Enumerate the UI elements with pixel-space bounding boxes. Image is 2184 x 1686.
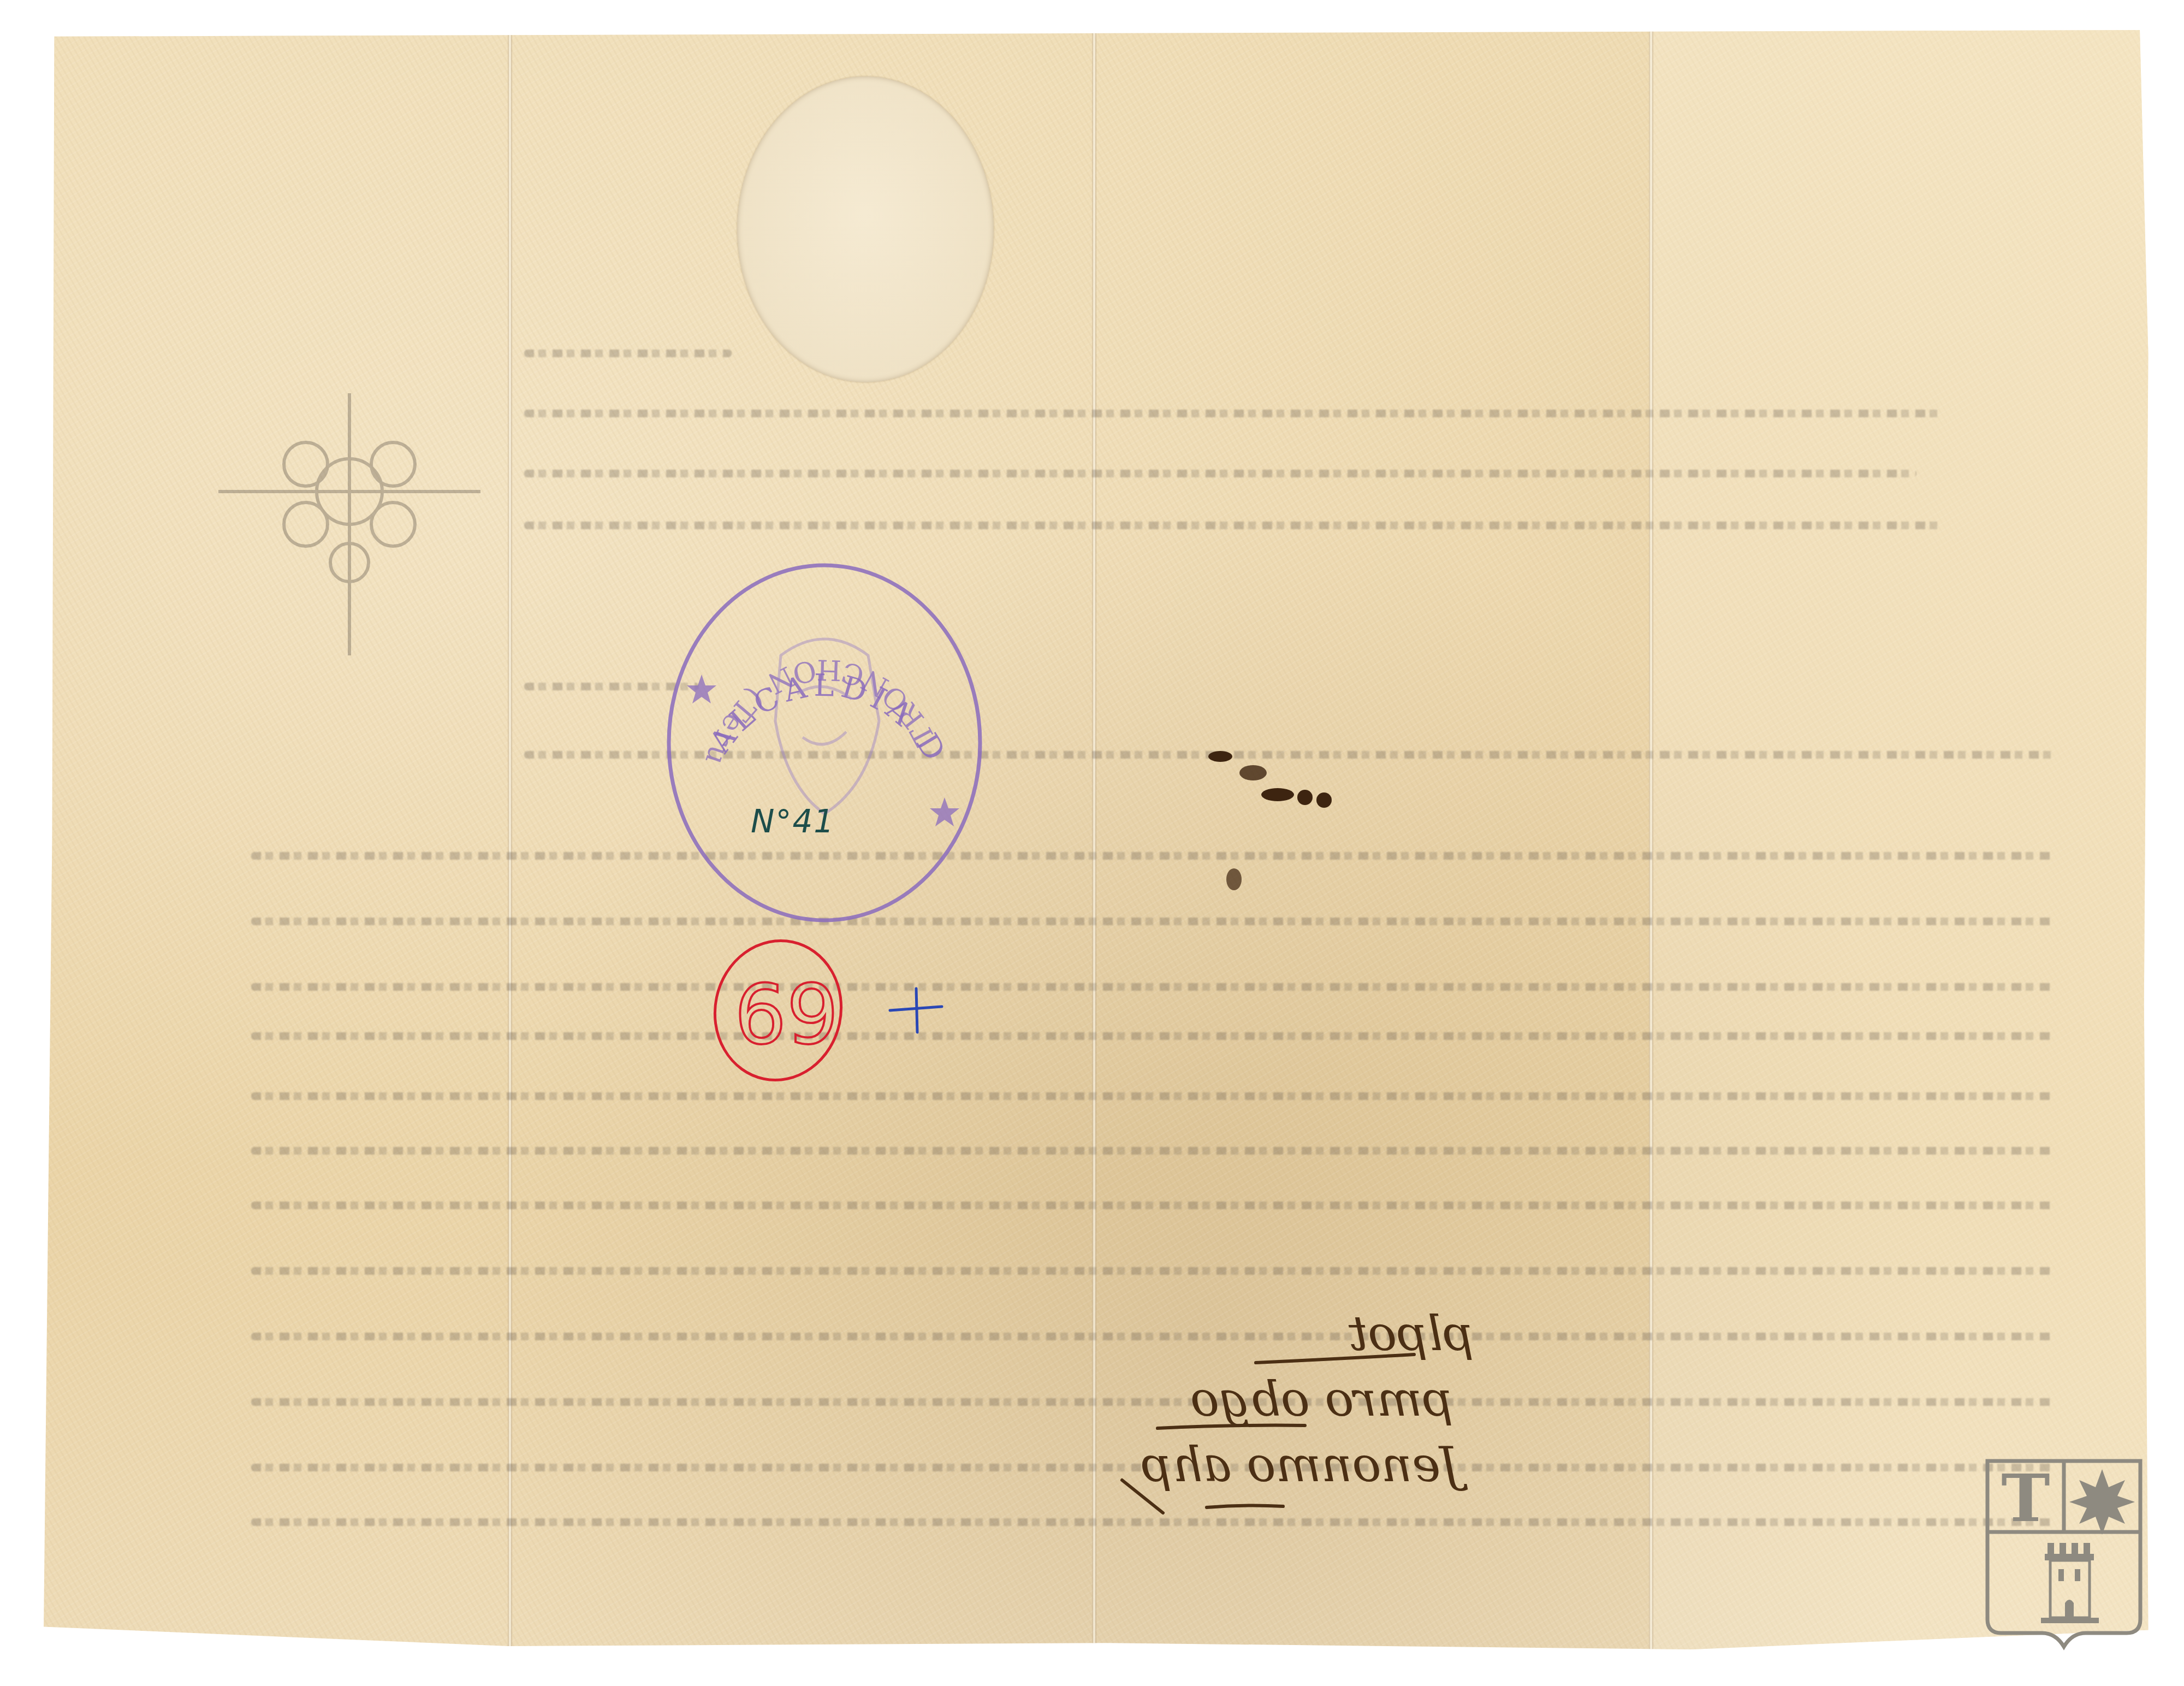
star-icon <box>687 675 716 703</box>
coat-of-arms-watermark: T <box>1977 1439 2151 1658</box>
endorsement-handwriting: plpot pmro obgo Jenonmo ahp <box>1119 1294 1611 1524</box>
notary-sign-icon <box>186 382 513 666</box>
star-icon <box>2069 1469 2135 1535</box>
blue-cross-icon <box>885 986 945 1035</box>
alcaldia-stamp: ALCALDIA DE TRONCHON (Teruel) <box>661 557 988 928</box>
seal-impression <box>737 76 994 382</box>
fold-line <box>508 30 512 1649</box>
right-panel <box>1649 30 2157 1649</box>
letter-t-icon: T <box>2001 1460 2050 1537</box>
endorsement-strokes <box>1119 1294 1611 1524</box>
stamp-handwritten-number: N°41 <box>751 803 835 840</box>
star-icon <box>930 797 959 826</box>
fold-line <box>1649 30 1653 1649</box>
red-number-text: 69 <box>734 968 839 1063</box>
parchment-document <box>44 30 2157 1649</box>
tower-icon <box>2045 1543 2094 1560</box>
red-circled-number: 69 <box>704 931 852 1090</box>
ink-stains <box>1201 743 1365 928</box>
fold-line <box>1092 30 1096 1649</box>
